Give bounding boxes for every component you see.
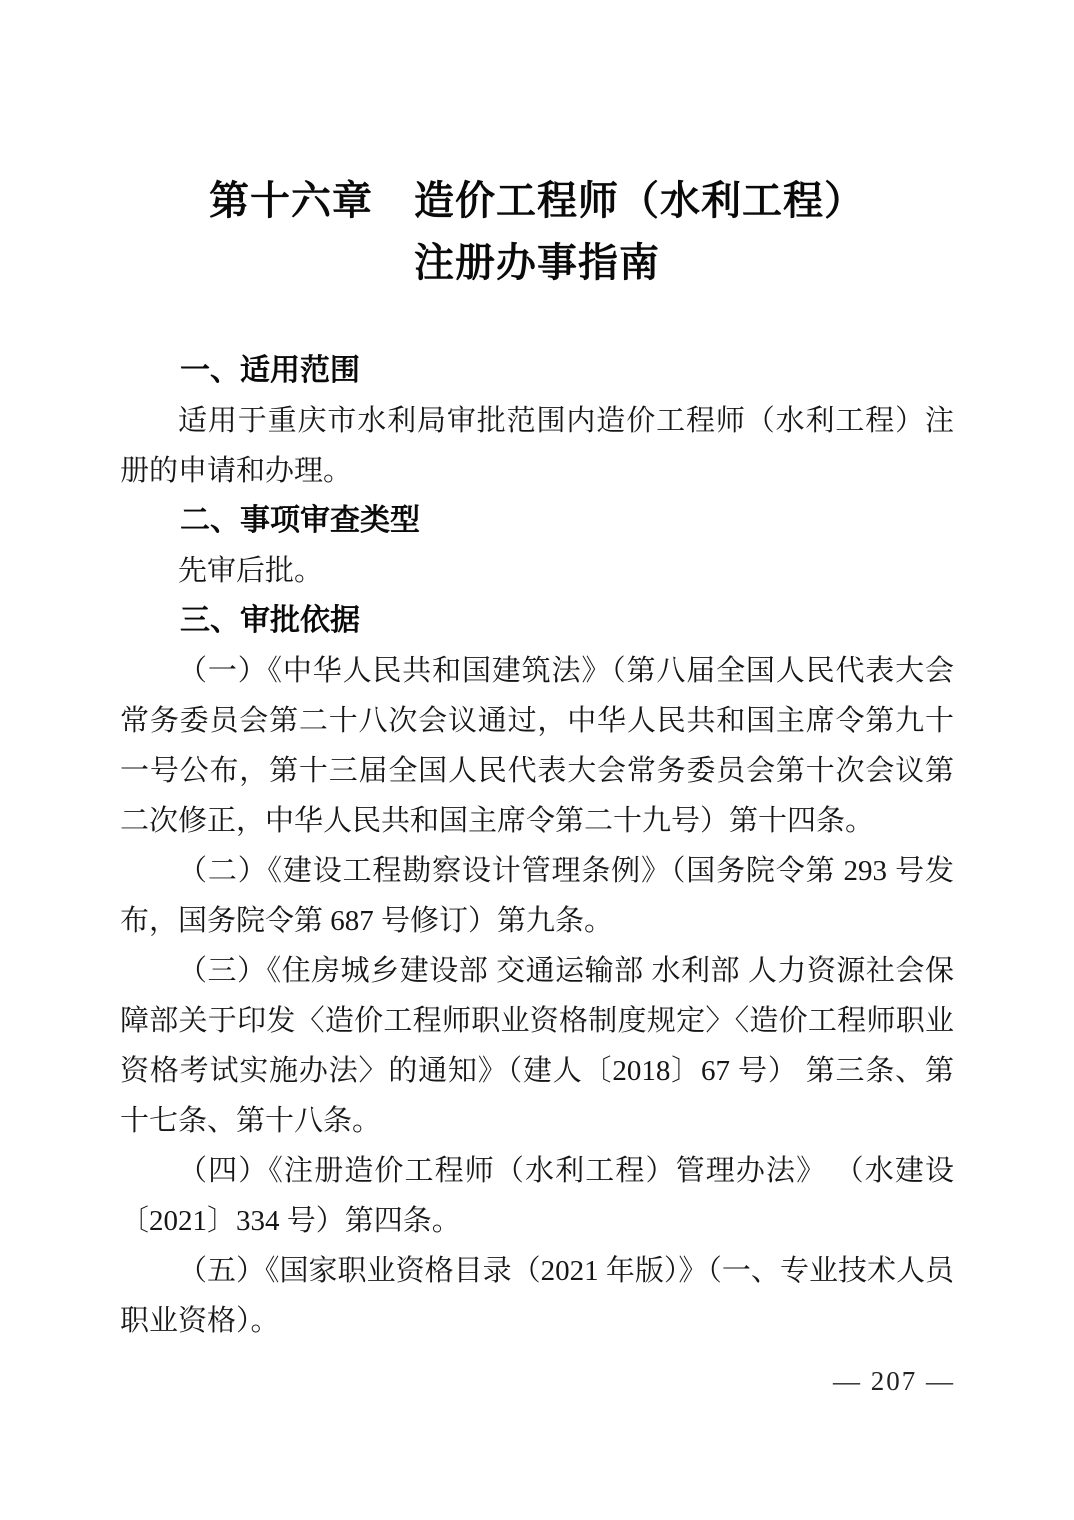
section-heading-approval-basis: 三、审批依据 bbox=[120, 596, 954, 646]
document-body: 一、适用范围 适用于重庆市水利局审批范围内造价工程师（水利工程）注册的申请和办理… bbox=[120, 346, 954, 1346]
paragraph-basis-5: （五）《国家职业资格目录（2021 年版）》（一、专业技术人员职业资格）。 bbox=[120, 1246, 954, 1346]
paragraph-basis-3: （三）《住房城乡建设部 交通运输部 水利部 人力资源社会保障部关于印发〈造价工程… bbox=[120, 946, 954, 1146]
paragraph-basis-1: （一）《中华人民共和国建筑法》（第八届全国人民代表大会常务委员会第二十八次会议通… bbox=[120, 646, 954, 846]
paragraph-basis-2: （二）《建设工程勘察设计管理条例》（国务院令第 293 号发布，国务院令第 68… bbox=[120, 846, 954, 946]
section-heading-scope: 一、适用范围 bbox=[120, 346, 954, 396]
chapter-title-line-1: 第十六章 造价工程师（水利工程） bbox=[0, 170, 1074, 232]
chapter-title: 第十六章 造价工程师（水利工程） 注册办事指南 bbox=[0, 170, 1074, 294]
paragraph-scope: 适用于重庆市水利局审批范围内造价工程师（水利工程）注册的申请和办理。 bbox=[120, 396, 954, 496]
paragraph-review-type: 先审后批。 bbox=[120, 546, 954, 596]
chapter-title-line-2: 注册办事指南 bbox=[0, 232, 1074, 294]
section-heading-review-type: 二、事项审查类型 bbox=[120, 496, 954, 546]
paragraph-basis-4: （四）《注册造价工程师（水利工程）管理办法》 （水建设〔2021〕334 号）第… bbox=[120, 1146, 954, 1246]
document-page: 第十六章 造价工程师（水利工程） 注册办事指南 一、适用范围 适用于重庆市水利局… bbox=[0, 0, 1074, 1520]
page-number: — 207 — bbox=[833, 1364, 955, 1398]
